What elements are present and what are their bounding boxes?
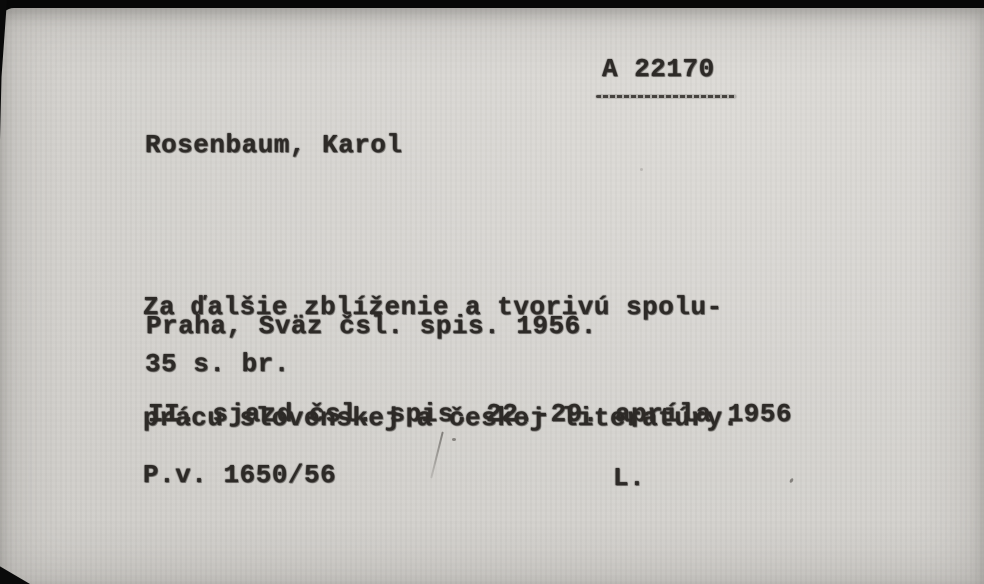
- cataloguer-initial: L.: [613, 463, 645, 493]
- ink-speck: [640, 168, 643, 171]
- call-number-underline: [596, 95, 736, 98]
- note-line: II. sjazd čsl. spis. 22.-29. apríla 1956: [148, 399, 792, 429]
- imprint-line: Praha, Sväz čsl. spis. 1956.: [146, 311, 597, 341]
- collation-line: 35 s. br.: [145, 349, 290, 379]
- catalog-card: A 22170 Rosenbaum, Karol Za ďalšie zblíž…: [0, 8, 984, 584]
- author-heading: Rosenbaum, Karol: [145, 130, 403, 160]
- call-number: A 22170: [602, 54, 715, 84]
- scan-background: A 22170 Rosenbaum, Karol Za ďalšie zblíž…: [0, 0, 984, 584]
- record-number: P.v. 1650/56: [143, 460, 336, 490]
- ink-speck: [789, 478, 794, 484]
- ink-speck: [452, 438, 456, 441]
